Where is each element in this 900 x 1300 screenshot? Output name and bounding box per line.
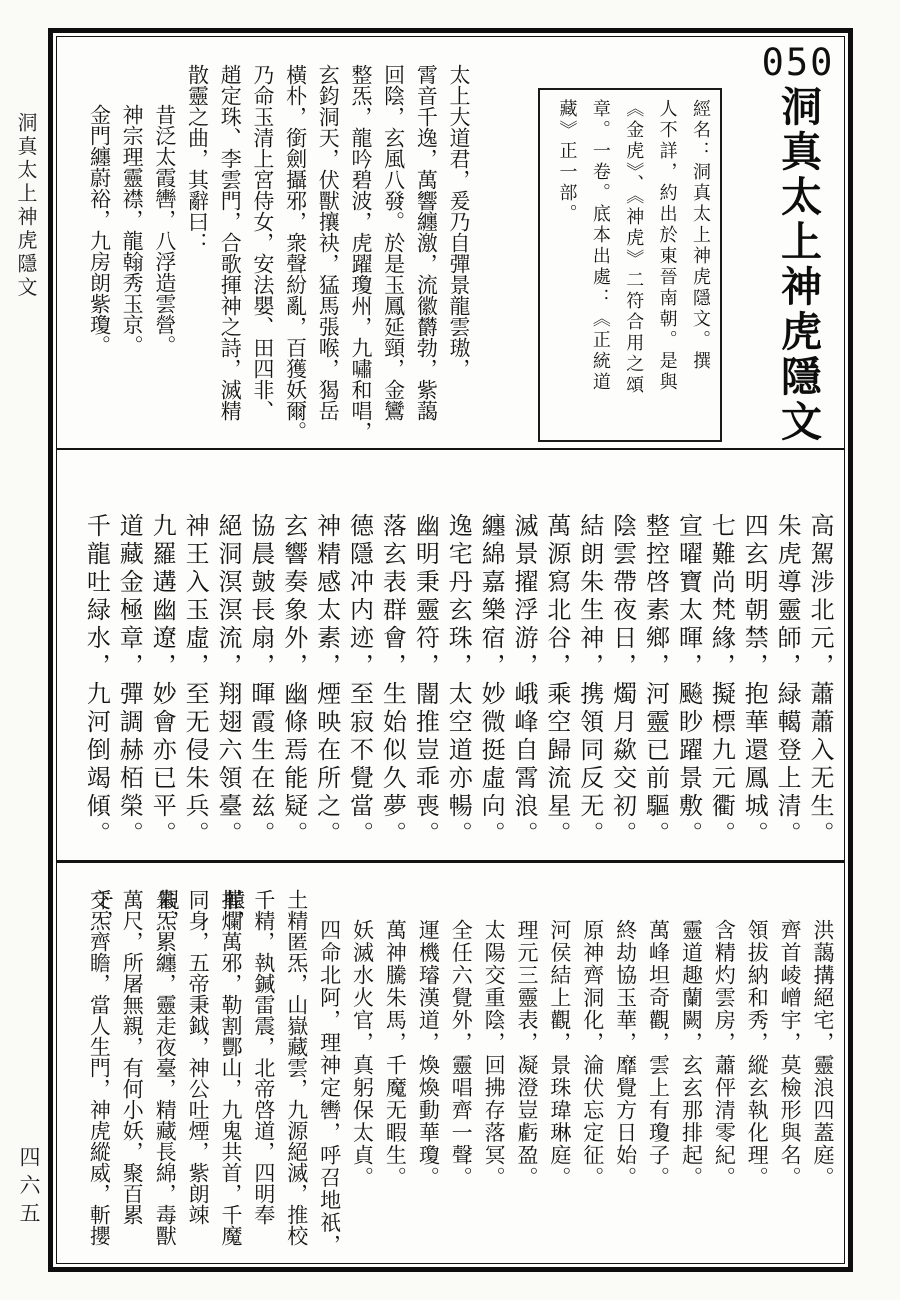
text-column: 玄鈞洞天，伏獸攘袂，猛馬張喉，猲岳 bbox=[311, 60, 344, 450]
text-column: 高駕涉北元，蕭蕭入无生。 bbox=[805, 513, 838, 857]
text-column: 萬神騰朱馬，千魔无暇生。 bbox=[378, 885, 411, 1263]
text-column: 理元三靈表，凝澄豈虧盈。 bbox=[509, 885, 542, 1263]
text-column: 運機璿漢道，煥煥動華瓊。 bbox=[410, 885, 443, 1263]
text-column: 玄響奏象外，幽條焉能疑。 bbox=[279, 513, 312, 857]
text-column: 滅景擢浮游，峨峰自霄浪。 bbox=[509, 513, 542, 857]
text-column: 《金虎》、《神虎》二符合用之頌 bbox=[613, 99, 646, 431]
hymn-section-two: 洪藹搆絕宅，靈浪四蓋庭。齊首崚嶒宇，莫檢形與名。領拔納和秀，縱玄執化理。含精灼雲… bbox=[81, 870, 838, 1263]
text-column: 朱虎導靈師，緑轕登上清。 bbox=[772, 513, 805, 857]
text-column: 太上大道君，爰乃自彈景龍雲璈， bbox=[441, 60, 474, 450]
section-divider-1 bbox=[57, 448, 844, 450]
text-column: 纏綿嘉樂宿，妙微挺虛向。 bbox=[476, 513, 509, 857]
scripture-abstract-box: 經名：洞真太上神虎隱文。撰人不詳，約出於東晉南朝。是與《金虎》、《神虎》二符合用… bbox=[538, 88, 722, 442]
text-column: 幽明秉靈符，闇推豈乖喪。 bbox=[410, 513, 443, 857]
serial-number: 050 bbox=[723, 41, 873, 84]
text-column: 土精匿炁，山嶽藏雲，九源絕滅，推校 bbox=[279, 885, 312, 1263]
text-column: 昔泛太霞轡，八浮造雲營。 bbox=[147, 60, 180, 450]
text-column: 協晨皷長扇，暉霞生在兹。 bbox=[246, 513, 279, 857]
text-column: 九羅遘幽遼，妙會亦已平。 bbox=[147, 513, 180, 857]
text-column: 整炁，龍吟碧波，虎躍瓊州，九嘯和唱， bbox=[343, 60, 376, 450]
text-column: 絕洞溟溟流，翔翅六領臺。 bbox=[213, 513, 246, 857]
text-column: 千精，執鍼雷震，北帝啓道，四明奉轅， bbox=[246, 885, 279, 1263]
text-column: 散靈之曲，其辭曰： bbox=[180, 60, 213, 450]
hymn-section-one: 高駕涉北元，蕭蕭入无生。朱虎導靈師，緑轕登上清。四玄明朝禁，抱華還鳳城。七難尚梵… bbox=[81, 457, 838, 857]
text-column: 橫朴，銜劍攝邪，衆聲紛亂，百獲妖爾。 bbox=[278, 60, 311, 450]
section-divider-2 bbox=[57, 860, 844, 863]
text-column: 回陰，玄風八發。於是玉鳳延頸，金鸞 bbox=[376, 60, 409, 450]
text-column: 洪藹搆絕宅，靈浪四蓋庭。 bbox=[805, 885, 838, 1263]
text-column: 逸宅丹玄珠，太空道亦暢。 bbox=[443, 513, 476, 857]
text-column: 萬源寫北谷，乘空歸流星。 bbox=[542, 513, 575, 857]
text-column: 神王入玉虛，至无侵朱兵。 bbox=[180, 513, 213, 857]
text-column: 萬尺，所屠無親，有何小妖，聚百累千， bbox=[114, 885, 147, 1263]
text-column: 德隱冲内迹，至寂不覺當。 bbox=[345, 513, 378, 857]
text-column: 齊首崚嶒宇，莫檢形與名。 bbox=[772, 885, 805, 1263]
text-column: 原神齊洞化，淪伏忘定征。 bbox=[575, 885, 608, 1263]
text-column: 交炁齊瞻，當人生門，神虎縱威，斬攖 bbox=[82, 885, 115, 1263]
inner-frame: 050 洞真太上神虎隱文 經名：洞真太上神虎隱文。撰人不詳，約出於東晉南朝。是與… bbox=[56, 36, 845, 1264]
text-column: 七難尚梵緣，擬標九元衢。 bbox=[706, 513, 739, 857]
text-column: 經名：洞真太上神虎隱文。撰 bbox=[680, 99, 713, 431]
text-column: 摧爛萬邪，勒割酆山，九鬼共首，千魔 bbox=[213, 885, 246, 1263]
text-column: 四命北阿，理神定轡，呼召地祇， bbox=[312, 885, 345, 1263]
text-column: 靈道趣蘭闕，玄玄那排起。 bbox=[674, 885, 707, 1263]
text-column: 宣曜寶太暉，飈眇躍景敷。 bbox=[674, 513, 707, 857]
text-column: 含精灼雲房，蕭伻清零紀。 bbox=[706, 885, 739, 1263]
text-column: 太陽交重陰，回拂存落冥。 bbox=[476, 885, 509, 1263]
intro-section: 太上大道君，爰乃自彈景龍雲璈，霄音千逸，萬響纏激，流徽欝勃，紫藹回陰，玄風八發。… bbox=[81, 60, 474, 450]
text-column: 道藏金極章，彈調赫栢榮。 bbox=[114, 513, 147, 857]
text-column: 趙定珠、李雲門，合歌揮神之詩，滅精 bbox=[213, 60, 246, 450]
folio-page-number: 四六五 bbox=[14, 1146, 44, 1230]
text-column: 同身，五帝秉鉞，神公吐煙，紫朗竦觀， bbox=[180, 885, 213, 1263]
text-column: 乃命玉清上宮侍女，安法嬰、田四非、 bbox=[245, 60, 278, 450]
text-column: 神宗理靈襟，龍翰秀玉京。 bbox=[114, 60, 147, 450]
scripture-title: 洞真太上神虎隱文 bbox=[769, 85, 828, 457]
text-column: 章。一卷。底本出處：《正統道 bbox=[579, 99, 612, 431]
text-column: 陰雲帶夜日，燭月歘交初。 bbox=[608, 513, 641, 857]
text-column: 結朗朱生神，携領同反无。 bbox=[575, 513, 608, 857]
text-column: 全任六覺外，靈唱齊一聲。 bbox=[443, 885, 476, 1263]
text-column: 四玄明朝禁，抱華還鳳城。 bbox=[739, 513, 772, 857]
text-column: 河侯結上觀，景珠瑋琳庭。 bbox=[542, 885, 575, 1263]
text-column: 整控啓素鄉，河靈已前驅。 bbox=[641, 513, 674, 857]
text-column: 領拔納和秀，縱玄執化理。 bbox=[739, 885, 772, 1263]
text-column: 神精感太素，煙映在所之。 bbox=[312, 513, 345, 857]
text-column: 妖滅水火官，真躬保太貞。 bbox=[345, 885, 378, 1263]
text-column: 人不詳，約出於東晉南朝。是與 bbox=[646, 99, 679, 431]
text-column: 藏》正一部。 bbox=[546, 99, 579, 431]
text-column: 朱炁累纏，靈走夜臺，精藏長綿，毒獸 bbox=[147, 885, 180, 1263]
text-column: 萬峰坦奇觀，雲上有瓊子。 bbox=[641, 885, 674, 1263]
text-column: 終劫協玉華，靡覺方日始。 bbox=[608, 885, 641, 1263]
text-column: 落玄表群會，生始似久夢。 bbox=[378, 513, 411, 857]
text-column: 千龍吐緑水，九河倒竭傾。 bbox=[82, 513, 115, 857]
text-column: 霄音千逸，萬響纏激，流徽欝勃，紫藹 bbox=[409, 60, 442, 450]
text-column: 金門纏蔚裕，九房朗紫瓊。 bbox=[82, 60, 115, 450]
page-frame: 050 洞真太上神虎隱文 經名：洞真太上神虎隱文。撰人不詳，約出於東晉南朝。是與… bbox=[48, 28, 853, 1272]
margin-book-title: 洞真太上神虎隱文 bbox=[12, 112, 41, 300]
